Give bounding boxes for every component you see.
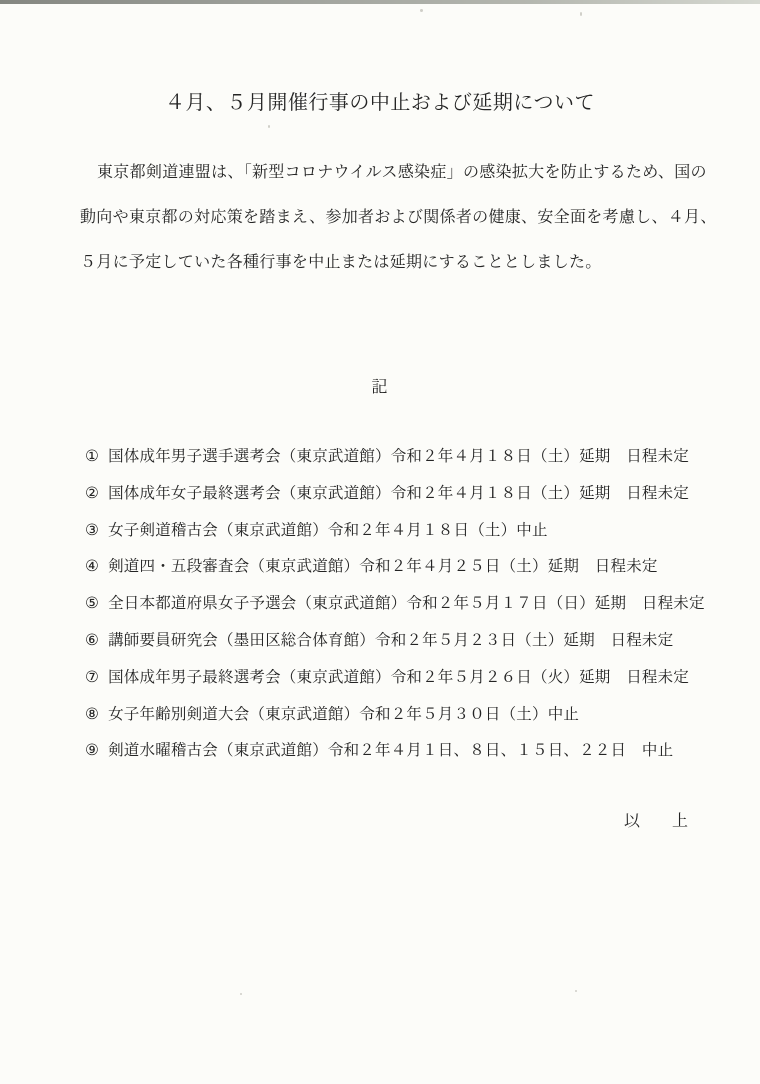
item-number: ② bbox=[85, 485, 99, 502]
scan-speck bbox=[580, 12, 582, 16]
list-item: ④剣道四・五段審査会（東京武道館）令和２年４月２５日（土）延期 日程未定 bbox=[85, 549, 705, 586]
scan-speck bbox=[268, 125, 270, 128]
scan-speck bbox=[575, 990, 577, 992]
item-number: ④ bbox=[85, 558, 99, 575]
paragraph-line-2: 動向や東京都の対応策を踏まえ、参加者および関係者の健康、安全面を考慮し、４月、 bbox=[80, 195, 720, 240]
paragraph-line-3: ５月に予定していた各種行事を中止または延期にすることとしました。 bbox=[80, 240, 720, 285]
list-item: ⑨剣道水曜稽古会（東京武道館）令和２年４月１日、８日、１５日、２２日 中止 bbox=[85, 733, 705, 770]
item-text: 講師要員研究会（墨田区総合体育館）令和２年５月２３日（土）延期 日程未定 bbox=[108, 632, 673, 649]
scanned-notice-page: ４月、５月開催行事の中止および延期について 東京都剣道連盟は、「新型コロナウイル… bbox=[0, 0, 760, 1084]
item-number: ⑦ bbox=[85, 669, 99, 686]
list-item: ①国体成年男子選手選考会（東京武道館）令和２年４月１８日（土）延期 日程未定 bbox=[85, 439, 705, 476]
item-number: ⑥ bbox=[85, 632, 99, 649]
list-item: ⑦国体成年男子最終選考会（東京武道館）令和２年５月２６日（火）延期 日程未定 bbox=[85, 660, 705, 697]
item-text: 国体成年男子最終選考会（東京武道館）令和２年５月２６日（火）延期 日程未定 bbox=[108, 669, 689, 686]
paragraph-line-1: 東京都剣道連盟は、「新型コロナウイルス感染症」の感染拡大を防止するため、国の bbox=[80, 150, 720, 195]
item-text: 剣道水曜稽古会（東京武道館）令和２年４月１日、８日、１５日、２２日 中止 bbox=[108, 742, 673, 759]
item-text: 女子剣道稽古会（東京武道館）令和２年４月１８日（土）中止 bbox=[108, 522, 548, 539]
scan-speck bbox=[240, 993, 242, 995]
document-title: ４月、５月開催行事の中止および延期について bbox=[0, 86, 760, 115]
item-text: 女子年齢別剣道大会（東京武道館）令和２年５月３０日（土）中止 bbox=[108, 706, 579, 723]
item-number: ⑨ bbox=[85, 742, 99, 759]
record-marker: 記 bbox=[0, 374, 760, 397]
list-item: ②国体成年女子最終選考会（東京武道館）令和２年４月１８日（土）延期 日程未定 bbox=[85, 476, 705, 513]
closing-mark: 以 上 bbox=[624, 808, 688, 831]
item-number: ① bbox=[85, 448, 99, 465]
scan-edge-artifact bbox=[0, 0, 760, 4]
item-number: ③ bbox=[85, 522, 99, 539]
item-text: 剣道四・五段審査会（東京武道館）令和２年４月２５日（土）延期 日程未定 bbox=[108, 558, 658, 575]
item-number: ⑧ bbox=[85, 706, 99, 723]
list-item: ③女子剣道稽古会（東京武道館）令和２年４月１８日（土）中止 bbox=[85, 513, 705, 550]
item-text: 国体成年男子選手選考会（東京武道館）令和２年４月１８日（土）延期 日程未定 bbox=[108, 448, 689, 465]
item-text: 全日本都道府県女子予選会（東京武道館）令和２年５月１７日（日）延期 日程未定 bbox=[108, 595, 705, 612]
scan-speck bbox=[420, 9, 423, 12]
item-text: 国体成年女子最終選考会（東京武道館）令和２年４月１８日（土）延期 日程未定 bbox=[108, 485, 689, 502]
item-number: ⑤ bbox=[85, 595, 99, 612]
event-list: ①国体成年男子選手選考会（東京武道館）令和２年４月１８日（土）延期 日程未定 ②… bbox=[85, 439, 705, 770]
list-item: ⑧女子年齢別剣道大会（東京武道館）令和２年５月３０日（土）中止 bbox=[85, 697, 705, 734]
list-item: ⑤全日本都道府県女子予選会（東京武道館）令和２年５月１７日（日）延期 日程未定 bbox=[85, 586, 705, 623]
list-item: ⑥講師要員研究会（墨田区総合体育館）令和２年５月２３日（土）延期 日程未定 bbox=[85, 623, 705, 660]
body-paragraph: 東京都剣道連盟は、「新型コロナウイルス感染症」の感染拡大を防止するため、国の 動… bbox=[80, 150, 720, 285]
